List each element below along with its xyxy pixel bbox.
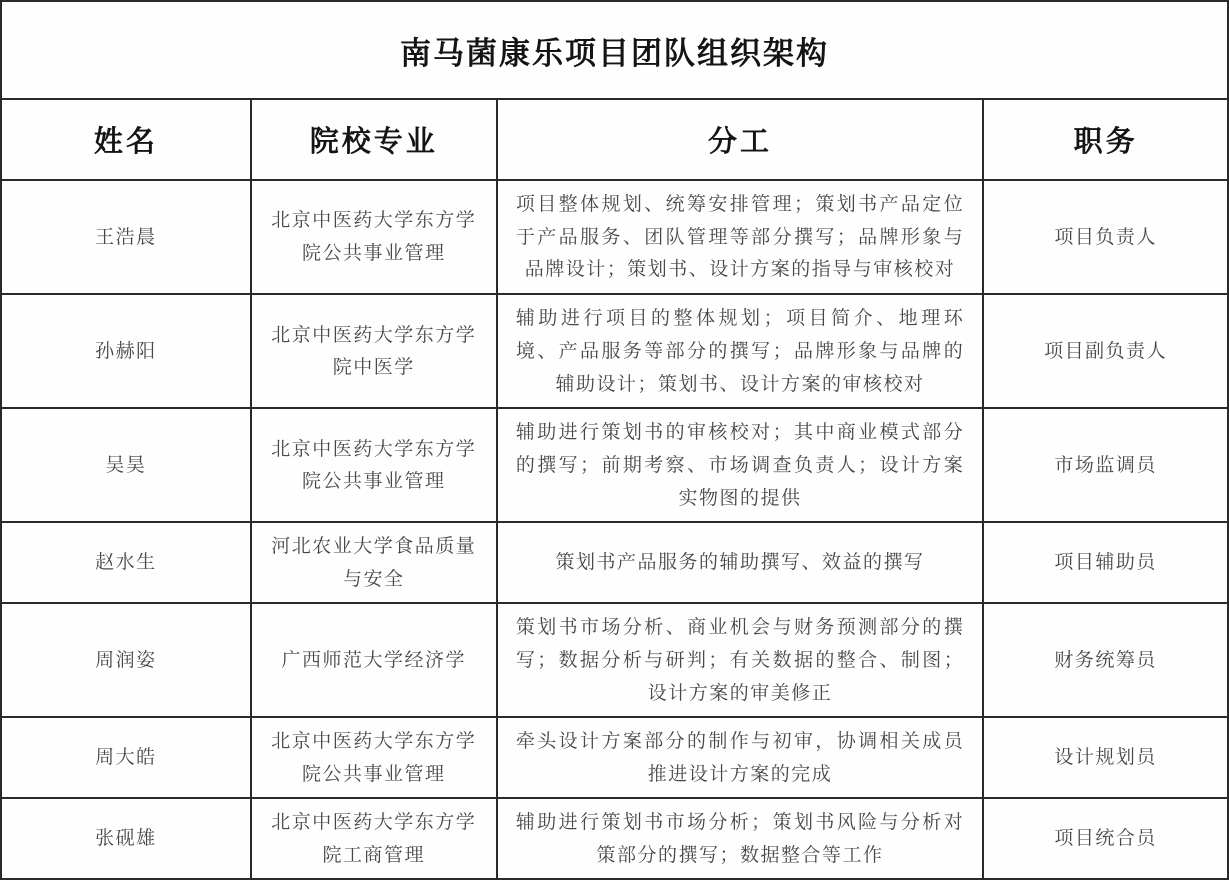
table-row: 孙赫阳 北京中医药大学东方学院中医学 辅助进行项目的整体规划；项目简介、地理环境… [2,294,1227,408]
role-cell: 项目负责人 [983,180,1227,294]
table-title: 南马菌康乐项目团队组织架构 [400,28,829,73]
role-cell: 项目副负责人 [983,294,1227,408]
school-cell: 北京中医药大学东方学院工商管理 [251,798,497,878]
name-cell: 吴昊 [2,408,251,522]
duties-cell: 策划书市场分析、商业机会与财务预测部分的撰写；数据分析与研判；有关数据的整合、制… [497,603,983,717]
school-cell: 河北农业大学食品质量与安全 [251,522,497,603]
title-bar: 南马菌康乐项目团队组织架构 [2,2,1227,100]
table-header-row: 姓名 院校专业 分工 职务 [2,100,1227,180]
name-cell: 周大皓 [2,717,251,798]
role-cell: 设计规划员 [983,717,1227,798]
column-header-school: 院校专业 [251,100,497,180]
org-structure-table: 姓名 院校专业 分工 职务 王浩晨 北京中医药大学东方学院公共事业管理 项目整体… [2,100,1227,878]
table-row: 张砚雄 北京中医药大学东方学院工商管理 辅助进行策划书市场分析；策划书风险与分析… [2,798,1227,878]
column-header-name: 姓名 [2,100,251,180]
role-cell: 项目辅助员 [983,522,1227,603]
column-header-role: 职务 [983,100,1227,180]
school-cell: 北京中医药大学东方学院公共事业管理 [251,180,497,294]
name-cell: 张砚雄 [2,798,251,878]
name-cell: 孙赫阳 [2,294,251,408]
school-cell: 广西师范大学经济学 [251,603,497,717]
table-row: 赵水生 河北农业大学食品质量与安全 策划书产品服务的辅助撰写、效益的撰写 项目辅… [2,522,1227,603]
table-row: 吴昊 北京中医药大学东方学院公共事业管理 辅助进行策划书的审核校对；其中商业模式… [2,408,1227,522]
table-row: 周润姿 广西师范大学经济学 策划书市场分析、商业机会与财务预测部分的撰写；数据分… [2,603,1227,717]
table-row: 王浩晨 北京中医药大学东方学院公共事业管理 项目整体规划、统筹安排管理；策划书产… [2,180,1227,294]
role-cell: 财务统筹员 [983,603,1227,717]
school-cell: 北京中医药大学东方学院公共事业管理 [251,408,497,522]
duties-cell: 策划书产品服务的辅助撰写、效益的撰写 [497,522,983,603]
duties-cell: 辅助进行策划书的审核校对；其中商业模式部分的撰写；前期考察、市场调查负责人；设计… [497,408,983,522]
duties-cell: 牵头设计方案部分的制作与初审，协调相关成员推进设计方案的完成 [497,717,983,798]
role-cell: 市场监调员 [983,408,1227,522]
duties-cell: 项目整体规划、统筹安排管理；策划书产品定位于产品服务、团队管理等部分撰写；品牌形… [497,180,983,294]
table-row: 周大皓 北京中医药大学东方学院公共事业管理 牵头设计方案部分的制作与初审，协调相… [2,717,1227,798]
name-cell: 周润姿 [2,603,251,717]
name-cell: 王浩晨 [2,180,251,294]
school-cell: 北京中医药大学东方学院中医学 [251,294,497,408]
school-cell: 北京中医药大学东方学院公共事业管理 [251,717,497,798]
duties-cell: 辅助进行策划书市场分析；策划书风险与分析对策部分的撰写；数据整合等工作 [497,798,983,878]
document-sheet: 南马菌康乐项目团队组织架构 姓名 院校专业 分工 职务 王浩晨 北京中医药大学东… [0,0,1229,880]
role-cell: 项目统合员 [983,798,1227,878]
column-header-duties: 分工 [497,100,983,180]
name-cell: 赵水生 [2,522,251,603]
duties-cell: 辅助进行项目的整体规划；项目简介、地理环境、产品服务等部分的撰写；品牌形象与品牌… [497,294,983,408]
